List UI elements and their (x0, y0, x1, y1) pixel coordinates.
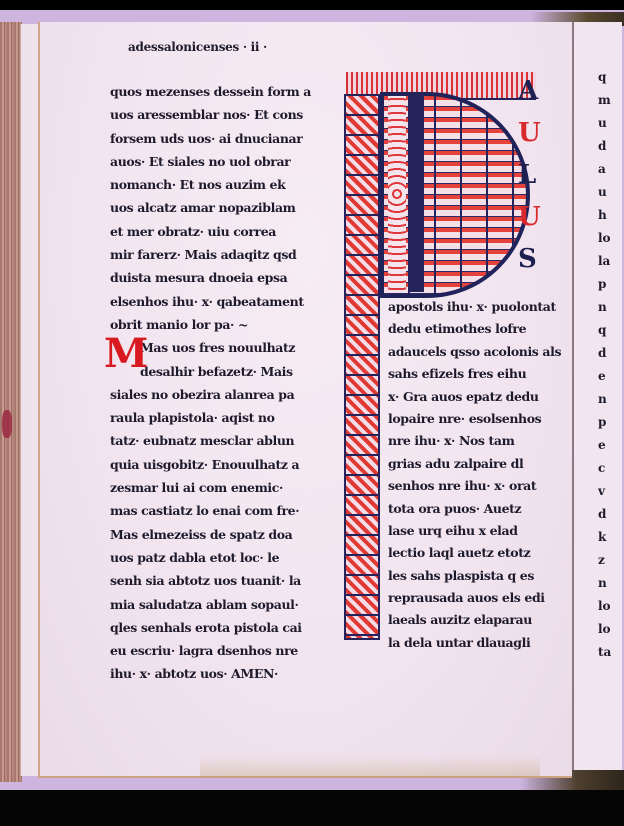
text-line: dedu etimothes lofre (388, 318, 578, 340)
text-line: elsenhos ihu· x· qabeatament (110, 290, 340, 313)
text-line: uos alcatz amar nopaziblam (110, 196, 340, 219)
text-fragment: m (598, 89, 624, 112)
text-line: qles senhals erota pistola cai (110, 616, 340, 639)
initial-caption: A U L U S (518, 70, 548, 280)
caption-letter: S (518, 238, 548, 280)
text-line: senh sia abtotz uos tuanit· la (110, 569, 340, 592)
text-line: reprausada auos els edi (388, 587, 578, 609)
text-line: lase urq eihu x elad (388, 520, 578, 542)
text-line: apostols ihu· x· puolontat (388, 296, 578, 318)
text-fragment: z (598, 549, 624, 572)
bottom-black-border (0, 790, 624, 826)
next-page-text-fragments: q m u d a u h lo la p n q d e n p e c v … (598, 66, 624, 664)
text-line: zesmar lui ai com enemic· (110, 476, 340, 499)
text-line: uos aressemblar nos· Et cons (110, 103, 340, 126)
left-text-column: quos mezenses dessein form a uos aressem… (110, 80, 340, 686)
text-fragment: n (598, 296, 624, 319)
text-fragment: n (598, 388, 624, 411)
text-line: mia saludatza ablam sopaul· (110, 593, 340, 616)
red-initial-m: M (104, 330, 148, 377)
text-fragment: q (598, 66, 624, 89)
text-line: quia uisgobitz· Enouulhatz a (110, 453, 340, 476)
text-line: adaucels qsso acolonis als (388, 341, 578, 363)
caption-letter: U (518, 196, 548, 238)
caption-letter: U (518, 112, 548, 154)
initial-chain-ornament (388, 96, 406, 292)
text-line: tota ora puos· Auetz (388, 498, 578, 520)
text-fragment: p (598, 411, 624, 434)
initial-stem-pillar (344, 94, 380, 640)
text-line: duista mesura dnoeia epsa (110, 266, 340, 289)
text-fragment: h (598, 204, 624, 227)
text-line: mir farerz· Mais adaqitz qsd (110, 243, 340, 266)
right-text-column: apostols ihu· x· puolontat dedu etimothe… (388, 296, 578, 654)
text-line: x· Gra auos epatz dedu (388, 386, 578, 408)
text-fragment: lo (598, 618, 624, 641)
text-fragment: p (598, 273, 624, 296)
text-fragment: ta (598, 641, 624, 664)
text-fragment: k (598, 526, 624, 549)
text-fragment: u (598, 112, 624, 135)
text-line: grias adu zalpaire dl (388, 453, 578, 475)
fore-edge-leaves (0, 22, 22, 782)
caption-letter: A (518, 70, 548, 112)
text-fragment: e (598, 365, 624, 388)
text-line: lectio laql auetz etotz (388, 542, 578, 564)
text-line: les sahs plaspista q es (388, 565, 578, 587)
text-line: sahs efizels fres eihu (388, 363, 578, 385)
initial-blue-stem (410, 92, 424, 292)
running-header: adessalonicenses · ii · (128, 40, 267, 54)
text-line: raula plapistola· aqist no (110, 406, 340, 429)
text-fragment: q (598, 319, 624, 342)
text-fragment: v (598, 480, 624, 503)
text-line: eu escriu· lagra dsenhos nre (110, 639, 340, 662)
text-line: nomanch· Et nos auzim ek (110, 173, 340, 196)
text-fragment: a (598, 158, 624, 181)
text-line: auos· Et siales no uol obrar (110, 150, 340, 173)
text-fragment: la (598, 250, 624, 273)
caption-letter: L (518, 154, 548, 196)
red-stain (2, 410, 12, 438)
text-line: lopaire nre· esolsenhos (388, 408, 578, 430)
text-line: ihu· x· abtotz uos· AMEN· (110, 662, 340, 685)
text-fragment: lo (598, 595, 624, 618)
text-line: senhos nre ihu· x· orat (388, 475, 578, 497)
text-line: siales no obezira alanrea pa (110, 383, 340, 406)
page-stain (200, 755, 540, 777)
text-line: Mas elmezeiss de spatz doa (110, 523, 340, 546)
text-fragment: d (598, 342, 624, 365)
text-line: quos mezenses dessein form a (110, 80, 340, 103)
text-fragment: lo (598, 227, 624, 250)
text-line: forsem uds uos· ai dnucianar (110, 127, 340, 150)
text-fragment: n (598, 572, 624, 595)
text-fragment: d (598, 503, 624, 526)
text-fragment: c (598, 457, 624, 480)
text-line: uos patz dabla etot loc· le (110, 546, 340, 569)
text-fragment: u (598, 181, 624, 204)
text-fragment: d (598, 135, 624, 158)
text-line: mas castiatz lo enai com fre· (110, 499, 340, 522)
text-line: tatz· eubnatz mesclar ablun (110, 429, 340, 452)
text-line: la dela untar dlauagli (388, 632, 578, 654)
text-fragment: e (598, 434, 624, 457)
text-line: nre ihu· x· Nos tam (388, 430, 578, 452)
text-line: laeals auzitz elaparau (388, 609, 578, 631)
text-line: et mer obratz· uiu correa (110, 220, 340, 243)
